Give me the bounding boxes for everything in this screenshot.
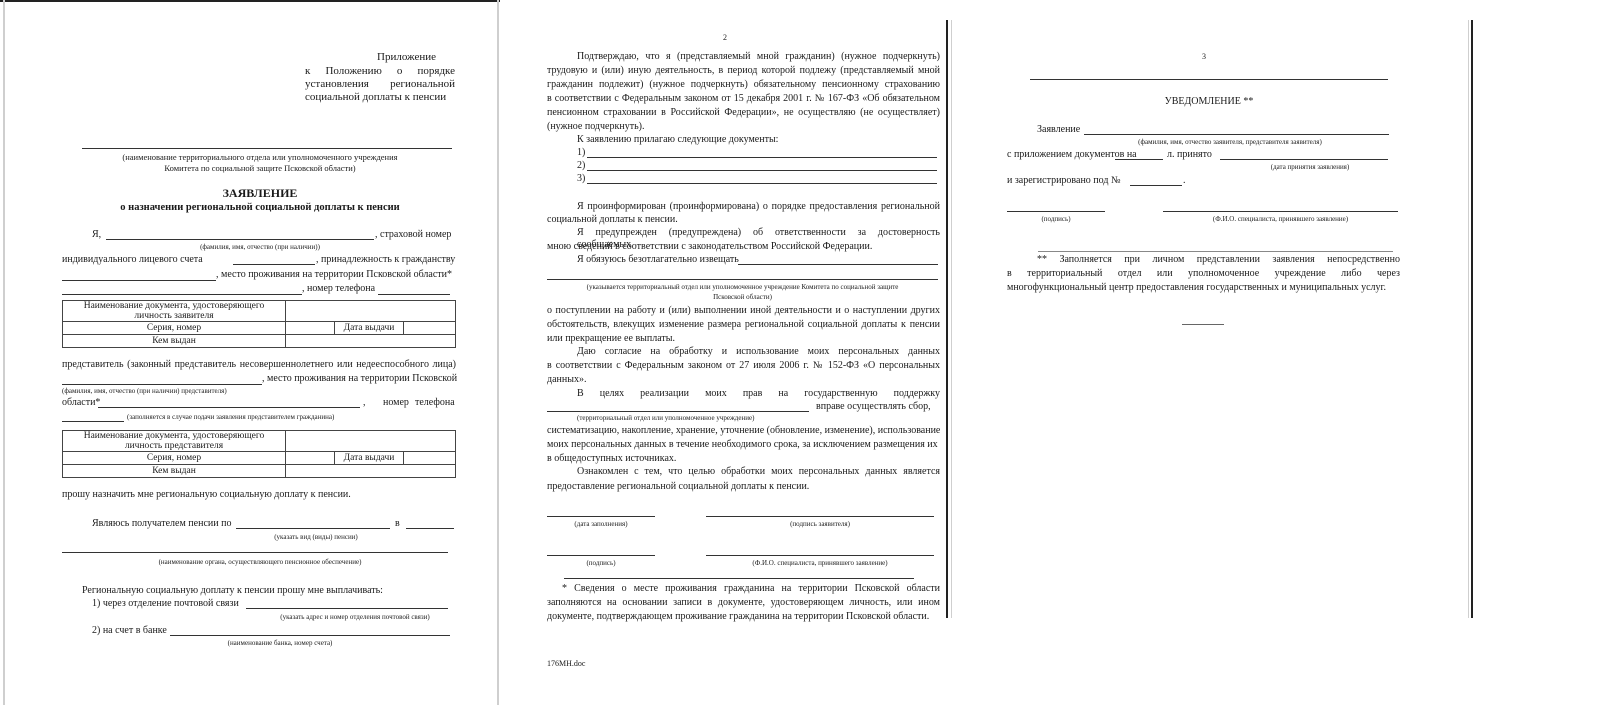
sign-caption: (подпись) [547, 559, 655, 568]
footnote-line-2: в территориальный отдел или уполномоченн… [1007, 268, 1400, 280]
payment-bank-field[interactable] [170, 635, 450, 636]
statement-field[interactable] [1084, 134, 1389, 135]
attachments-count-field[interactable] [1115, 159, 1163, 160]
pension-recipient-label: Являюсь получателем пенсии по [92, 518, 231, 530]
registered-period: . [1183, 175, 1186, 187]
payment-bank-caption: (наименование банка, номер счета) [200, 639, 360, 648]
rep-issued-by-label: Кем выдан [63, 465, 286, 478]
representative-document-table: Наименование документа, удостоверяющего … [62, 430, 456, 478]
applicant-sign-caption: (подпись заявителя) [706, 520, 934, 529]
phone-field[interactable] [378, 294, 450, 295]
rights-line-1: В целях реализации моих прав на государс… [577, 388, 940, 400]
rep-fio-field[interactable] [62, 384, 262, 385]
end-mark [1182, 324, 1224, 325]
specialist-field[interactable] [706, 555, 934, 556]
rep-issue-date-field[interactable] [404, 452, 456, 465]
rights-field[interactable] [547, 411, 809, 412]
org-caption-2: Комитета по социальной защите Псковской … [60, 164, 460, 173]
request-line: прошу назначить мне региональную социаль… [62, 489, 351, 501]
pension-type-field[interactable] [236, 528, 390, 529]
phone-label: , номер телефона [302, 283, 375, 295]
rep-doc-name-label: Наименование документа, удостоверяющего … [63, 431, 286, 452]
specialist-field[interactable] [1163, 211, 1398, 212]
registered-label: и зарегистрировано под № [1007, 175, 1121, 187]
undertake-field[interactable] [738, 264, 938, 265]
rep-phone-word1: номер [383, 397, 409, 409]
page-top-border [0, 0, 500, 2]
ya-label: Я, [92, 229, 101, 241]
file-name: 176МН.doc [547, 658, 585, 670]
page-left-border [3, 0, 5, 705]
fio-caption: (фамилия, имя, отчество (при наличии)) [130, 243, 390, 252]
notify-line-2: обстоятельств, влекущих изменение размер… [547, 319, 940, 331]
rep-issue-date-label: Дата выдачи [335, 452, 404, 465]
issued-by-label: Кем выдан [63, 335, 286, 348]
appendix-line-2: установления региональной [305, 78, 455, 90]
undertake-field-2[interactable] [547, 279, 938, 280]
attach-item-3: 3) [577, 173, 585, 185]
issue-date-label: Дата выдачи [335, 322, 404, 335]
warned-line-2: мною сведений в соответствии с законодат… [547, 241, 872, 253]
series-number-field[interactable] [286, 322, 335, 335]
attach-field-3[interactable] [587, 183, 937, 184]
rep-region-label: области* [62, 397, 100, 409]
representative-line: представитель (законный представитель не… [62, 359, 456, 371]
page-number: 2 [500, 32, 950, 44]
attach-field-1[interactable] [587, 157, 937, 158]
footnote-line-1: * Сведения о месте проживания гражданина… [562, 583, 940, 595]
payment-bank-label: 2) на счет в банке [92, 625, 167, 637]
consent-line-3: данных». [547, 374, 586, 386]
aware-line-2: предоставление региональной социальной д… [547, 481, 809, 493]
footnote-line-2: заполняются на основании записи в докуме… [547, 597, 940, 609]
accepted-label: л. принято [1167, 149, 1212, 161]
attach-field-2[interactable] [587, 170, 937, 171]
pension-org-field[interactable] [62, 552, 448, 553]
page-right-border [1471, 20, 1473, 618]
consent-line-1: Даю согласие на обработку и использовани… [577, 346, 940, 358]
registration-number-field[interactable] [1130, 185, 1182, 186]
undertake-label: Я обязуюсь безотлагательно извещать [577, 254, 739, 266]
doc-name-label: Наименование документа, удостоверяющего … [63, 301, 286, 322]
rights-caption: (территориальный отдел или уполномоченно… [577, 414, 754, 423]
footnote-line-1: ** Заполняется при личном представлении … [1037, 254, 1400, 266]
citizenship-label: , принадлежность к гражданству [316, 254, 455, 266]
payment-post-caption: (указать адрес и номер отделения почтово… [250, 613, 460, 622]
sign-caption: (подпись) [1007, 215, 1105, 224]
pension-org-caption: (наименование органа, осуществляющего пе… [60, 558, 460, 567]
attach-item-2: 2) [577, 160, 585, 172]
attach-item-1: 1) [577, 147, 585, 159]
insurance-number-label: , страховой номер [375, 229, 451, 241]
rights-line-2: вправе осуществлять сбор, [816, 401, 931, 413]
accept-date-caption: (дата принятия заявления) [1235, 163, 1385, 172]
statement-caption: (фамилия, имя, отчество заявителя, предс… [1100, 138, 1360, 147]
pension-type-caption: (указать вид (виды) пенсии) [236, 533, 396, 542]
confirm-line-1: Подтверждаю, что я (представляемый мной … [577, 51, 940, 63]
rep-residence-field[interactable] [98, 407, 360, 408]
rep-series-number-field[interactable] [286, 452, 335, 465]
rep-fill-note: (заполняется в случае подачи заявления п… [127, 413, 334, 422]
date-caption: (дата заполнения) [547, 520, 655, 529]
rights-line-5: в общедоступных источниках. [547, 453, 676, 465]
confirm-line-5: пенсионном страховании в Российской Феде… [547, 107, 940, 119]
rep-issued-by-field[interactable] [286, 465, 456, 478]
sign-field[interactable] [547, 555, 655, 556]
rep-phone-comma: , [363, 397, 366, 409]
doc-name-field[interactable] [286, 301, 456, 322]
page-1: Приложение к Положению о порядке установ… [0, 0, 490, 705]
confirm-line-4: в соответствии с Федеральным законом от … [547, 93, 940, 105]
sign-field[interactable] [1007, 211, 1105, 212]
appendix-title: Приложение [377, 51, 436, 63]
account-field[interactable] [233, 264, 315, 265]
specialist-caption: (Ф.И.О. специалиста, принявшего заявлени… [706, 559, 934, 568]
rep-phone-word2: телефона [415, 397, 455, 409]
payment-intro: Региональную социальную доплату к пенсии… [82, 585, 383, 597]
citizenship-field[interactable] [62, 280, 216, 281]
rights-line-3: систематизацию, накопление, хранение, ут… [547, 425, 940, 437]
undertake-caption-1: (указывается территориальный отдел или у… [540, 283, 945, 292]
informed-line-1: Я проинформирован (проинформирована) о п… [577, 201, 940, 213]
notify-line-1: о поступлении на работу и (или) выполнен… [547, 305, 940, 317]
notice-heading: УВЕДОМЛЕНИЕ ** [1030, 96, 1388, 108]
residence-field[interactable] [62, 294, 302, 295]
statement-label: Заявление [1037, 124, 1080, 136]
org-line [82, 148, 452, 149]
date-field[interactable] [547, 516, 655, 517]
page-2: 2 Подтверждаю, что я (представляемый мно… [500, 0, 950, 705]
page-divider-1 [497, 0, 499, 705]
accept-date-field[interactable] [1220, 159, 1388, 160]
issued-by-field[interactable] [286, 335, 456, 348]
rep-residence-label: , место проживания на территории Псковск… [262, 373, 457, 385]
undertake-caption-2: Псковской области) [540, 293, 945, 302]
footnote-separator [1038, 251, 1393, 252]
document-subheading: о назначении региональной социальной доп… [60, 202, 460, 214]
footnote-separator [564, 578, 914, 579]
page-number: 3 [950, 51, 1458, 63]
residence-label: , место проживания на территории Псковск… [216, 269, 452, 281]
issue-date-field[interactable] [404, 322, 456, 335]
rep-phone-field[interactable] [62, 421, 124, 422]
page-3: 3 УВЕДОМЛЕНИЕ ** Заявление (фамилия, имя… [950, 0, 1440, 705]
series-number-label: Серия, номер [63, 322, 286, 335]
confirm-line-2: трудовую и (или) иную деятельность, в пе… [547, 65, 940, 77]
appendix-line-1: к Положению о порядке [305, 65, 455, 77]
applicant-document-table: Наименование документа, удостоверяющего … [62, 300, 456, 348]
appendix-line-3: социальной доплаты к пенсии [305, 91, 446, 103]
informed-line-2: социальной доплаты к пенсии. [547, 214, 678, 226]
footnote-line-3: многофункциональный центр предоставления… [1007, 282, 1386, 294]
confirm-last: (нужное подчеркнуть). [547, 121, 644, 133]
consent-line-2: в соответствии с Федеральным законом от … [547, 360, 940, 372]
rights-line-4: моих персональных данных в течение необх… [547, 439, 938, 451]
page-divider-2 [946, 20, 948, 618]
org-caption-1: (наименование территориального отдела ил… [60, 153, 460, 162]
rep-series-number-label: Серия, номер [63, 452, 286, 465]
applicant-sign-field[interactable] [706, 516, 934, 517]
rep-doc-name-field[interactable] [286, 431, 456, 452]
pension-in-field[interactable] [406, 528, 454, 529]
payment-post-field[interactable] [246, 608, 448, 609]
pension-in-label: в [395, 518, 400, 530]
footnote-line-3: документе, подтверждающем проживание гра… [547, 611, 929, 623]
page-right-border-shadow [1468, 20, 1469, 618]
document-heading: ЗАЯВЛЕНИЕ [60, 187, 460, 199]
header-line [1030, 79, 1388, 80]
account-label: индивидуального лицевого счета [62, 254, 203, 266]
payment-post-label: 1) через отделение почтовой связи [92, 598, 239, 610]
confirm-line-3: гражданин подлежит) (нужное подчеркнуть)… [547, 79, 940, 91]
fio-field[interactable] [106, 239, 374, 240]
attach-intro: К заявлению прилагаю следующие документы… [577, 134, 778, 146]
aware-line-1: Ознакомлен с тем, что целью обработки мо… [577, 466, 940, 478]
rep-fio-caption: (фамилия, имя, отчество (при наличии) пр… [62, 387, 227, 396]
specialist-caption: (Ф.И.О. специалиста, принявшего заявлени… [1163, 215, 1398, 224]
notify-line-3: или прекращение ее выплаты. [547, 333, 675, 345]
